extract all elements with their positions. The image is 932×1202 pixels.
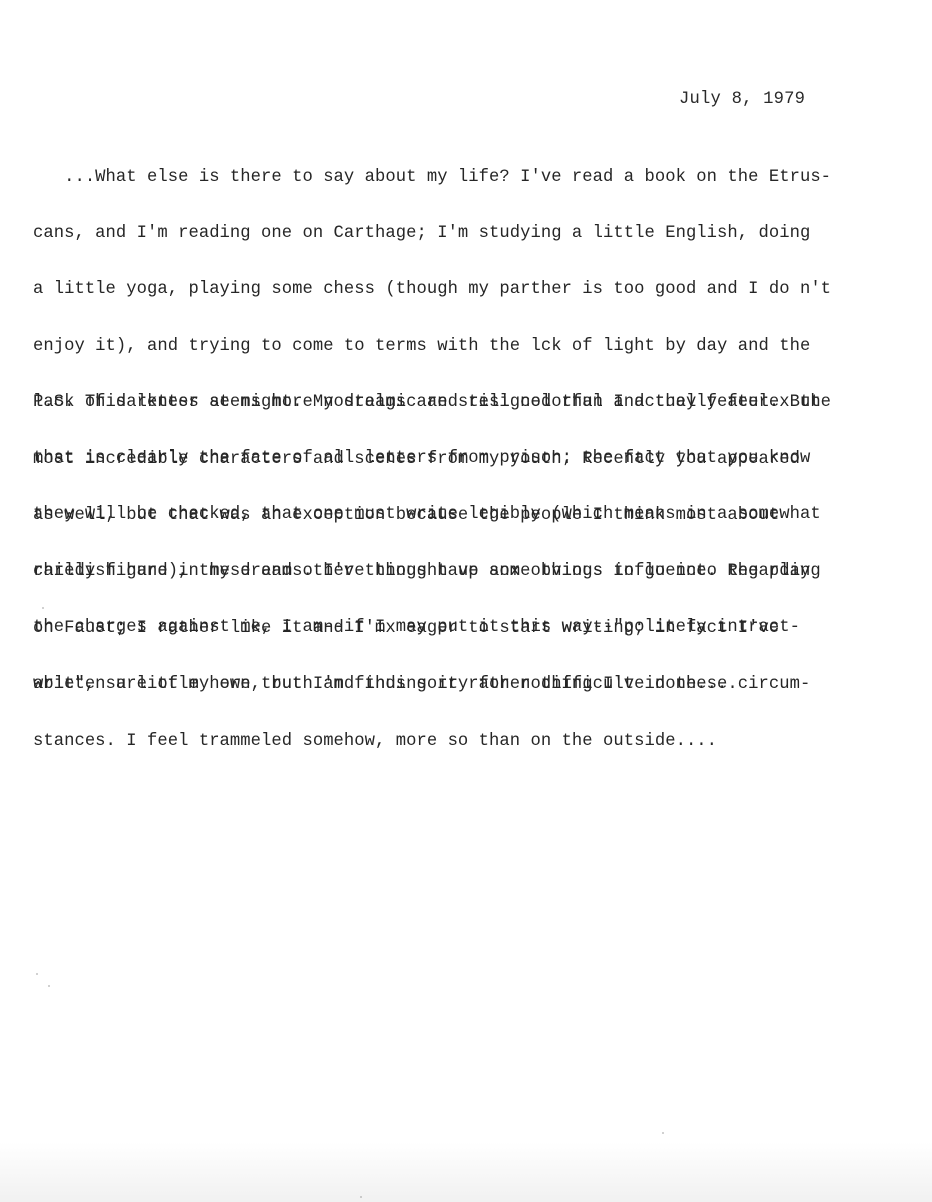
scan-speck <box>42 607 44 609</box>
text-line: childish hand), these and other things h… <box>33 563 821 582</box>
scan-speck <box>36 973 38 975</box>
scan-speck <box>662 1132 664 1134</box>
text-line: able", sure of my own truth and thus sor… <box>33 676 821 695</box>
letter-date: July 8, 1979 <box>679 90 805 109</box>
text-line: cans, and I'm reading one on Carthage; I… <box>33 225 831 244</box>
typewritten-letter-page: July 8, 1979 ...What else is there to sa… <box>0 0 932 1202</box>
text-line: P.S. This letter seems more nostalgic an… <box>33 394 821 413</box>
text-line: stances. I feel trammeled somehow, more … <box>33 733 831 752</box>
postscript-paragraph: P.S. This letter seems more nostalgic an… <box>33 356 821 732</box>
text-line: they will be checked, that one must writ… <box>33 506 821 525</box>
scan-speck <box>48 985 50 987</box>
text-line: ...What else is there to say about my li… <box>33 169 831 188</box>
text-line: the charges against me, I am--if I may p… <box>33 619 821 638</box>
scan-speck <box>360 1196 362 1198</box>
text-line: enjoy it), and trying to come to terms w… <box>33 338 831 357</box>
text-line: that is clearly the fate of all letters … <box>33 450 821 469</box>
text-line: a little yoga, playing some chess (thoug… <box>33 281 831 300</box>
